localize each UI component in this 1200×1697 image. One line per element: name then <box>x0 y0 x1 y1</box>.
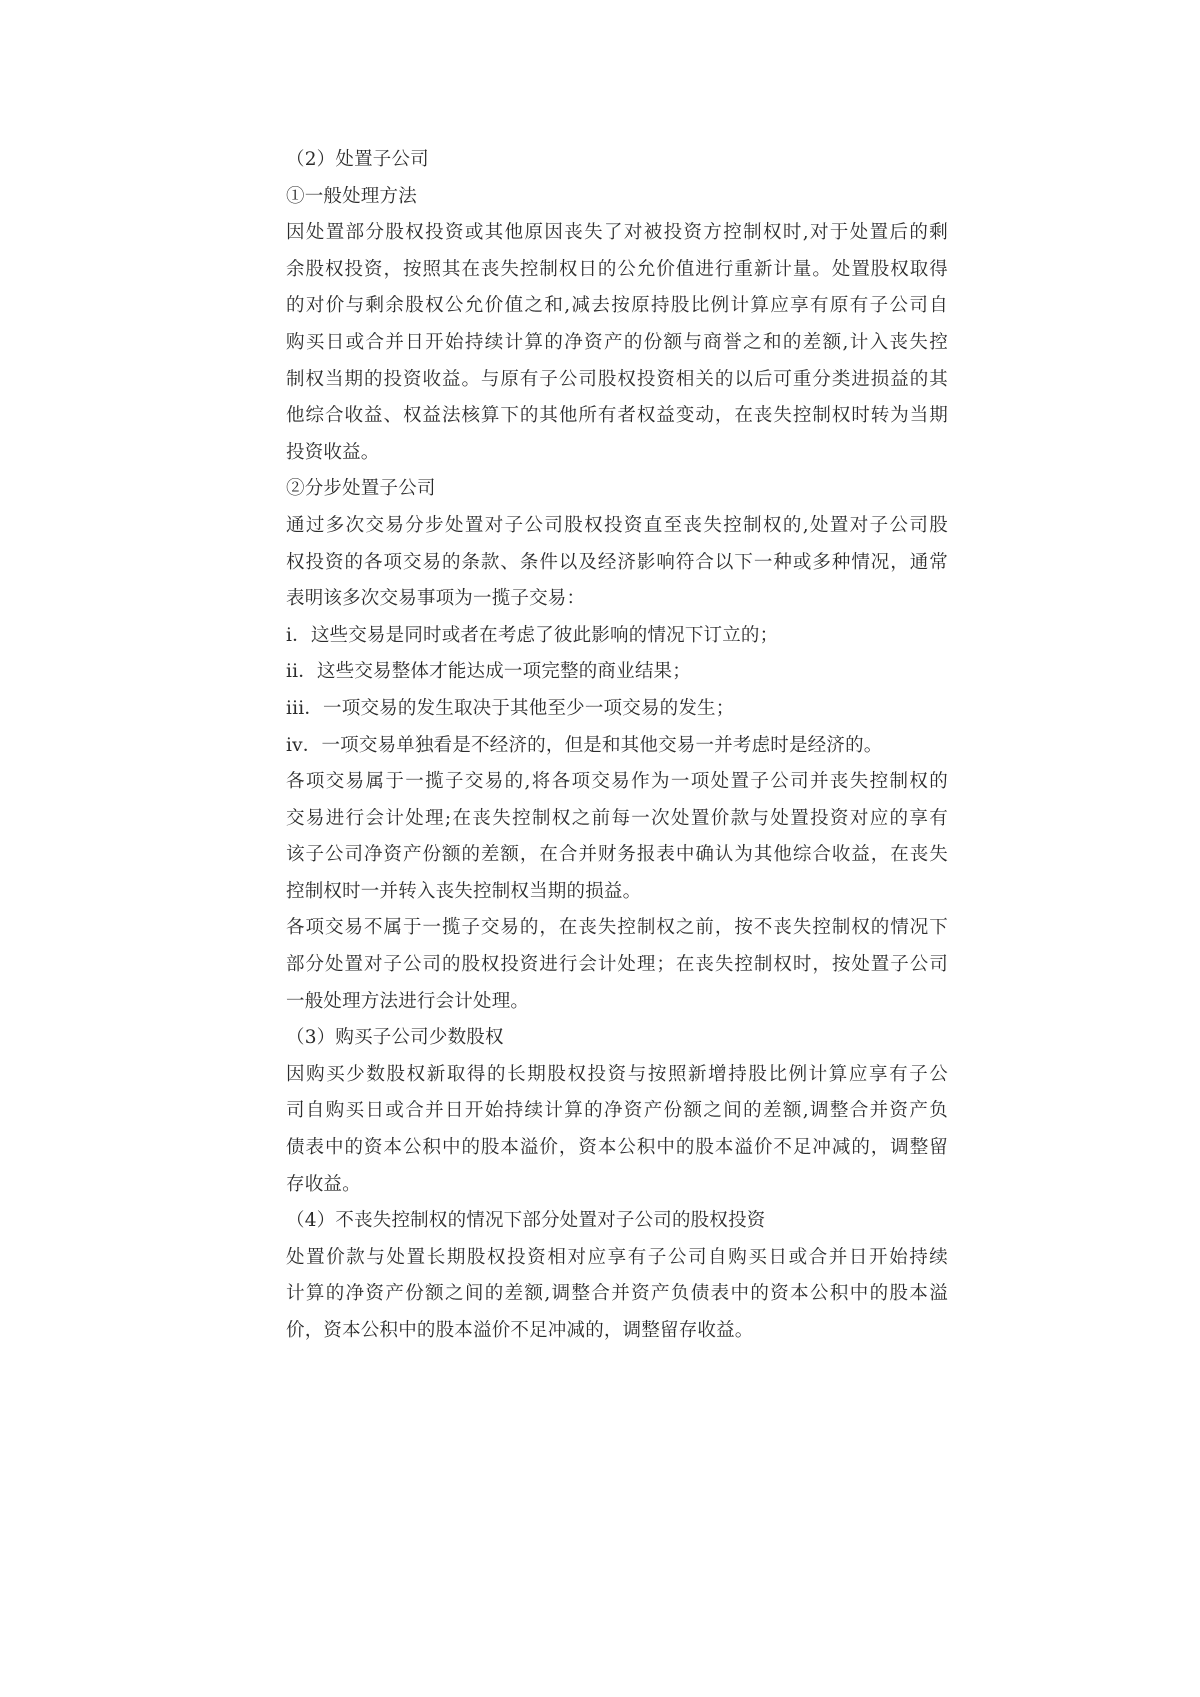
text-line: 存收益。 <box>286 1167 948 1204</box>
list-item: i．这些交易是同时或者在考虑了彼此影响的情况下订立的； <box>286 618 948 655</box>
text-line: 表明该多次交易事项为一揽子交易： <box>286 581 948 618</box>
text-line: 的对价与剩余股权公允价值之和,减去按原持股比例计算应享有原有子公司自 <box>286 288 948 325</box>
text-line: 该子公司净资产份额的差额，在合并财务报表中确认为其他综合收益，在丧失 <box>286 837 948 874</box>
subsection-heading-general-method: ①一般处理方法 <box>286 179 948 216</box>
section-heading-disposal-of-subsidiary: （2）处置子公司 <box>286 142 948 179</box>
document-body: （2）处置子公司 ①一般处理方法 因处置部分股权投资或其他原因丧失了对被投资方控… <box>286 142 948 1350</box>
text-line: 控制权时一并转入丧失控制权当期的损益。 <box>286 874 948 911</box>
text-line: 因购买少数股权新取得的长期股权投资与按照新增持股比例计算应享有子公 <box>286 1057 948 1094</box>
paragraph-stepwise-intro: 通过多次交易分步处置对子公司股权投资直至丧失控制权的,处置对子公司股 权投资的各… <box>286 508 948 618</box>
section-heading-minority-interest-purchase: （3）购买子公司少数股权 <box>286 1020 948 1057</box>
paragraph-partial-disposal: 处置价款与处置长期股权投资相对应享有子公司自购买日或合并日开始持续 计算的净资产… <box>286 1240 948 1350</box>
paragraph-general-method: 因处置部分股权投资或其他原因丧失了对被投资方控制权时,对于处置后的剩 余股权投资… <box>286 215 948 471</box>
text-line: 制权当期的投资收益。与原有子公司股权投资相关的以后可重分类进损益的其 <box>286 362 948 399</box>
text-line: 各项交易属于一揽子交易的,将各项交易作为一项处置子公司并丧失控制权的 <box>286 764 948 801</box>
text-line: 各项交易不属于一揽子交易的，在丧失控制权之前，按不丧失控制权的情况下 <box>286 910 948 947</box>
text-line: 权投资的各项交易的条款、条件以及经济影响符合以下一种或多种情况，通常 <box>286 545 948 582</box>
list-item: iii．一项交易的发生取决于其他至少一项交易的发生； <box>286 691 948 728</box>
paragraph-minority-interest: 因购买少数股权新取得的长期股权投资与按照新增持股比例计算应享有子公 司自购买日或… <box>286 1057 948 1203</box>
document-page: （2）处置子公司 ①一般处理方法 因处置部分股权投资或其他原因丧失了对被投资方控… <box>0 0 1200 1697</box>
subsection-heading-stepwise-disposal: ②分步处置子公司 <box>286 471 948 508</box>
paragraph-package-deal: 各项交易属于一揽子交易的,将各项交易作为一项处置子公司并丧失控制权的 交易进行会… <box>286 764 948 910</box>
text-line: 债表中的资本公积中的股本溢价，资本公积中的股本溢价不足冲减的，调整留 <box>286 1130 948 1167</box>
list-item: ii．这些交易整体才能达成一项完整的商业结果； <box>286 654 948 691</box>
text-line: 价，资本公积中的股本溢价不足冲减的，调整留存收益。 <box>286 1313 948 1350</box>
text-line: 因处置部分股权投资或其他原因丧失了对被投资方控制权时,对于处置后的剩 <box>286 215 948 252</box>
text-line: 一般处理方法进行会计处理。 <box>286 984 948 1021</box>
text-line: 通过多次交易分步处置对子公司股权投资直至丧失控制权的,处置对子公司股 <box>286 508 948 545</box>
text-line: 余股权投资，按照其在丧失控制权日的公允价值进行重新计量。处置股权取得 <box>286 252 948 289</box>
text-line: 投资收益。 <box>286 435 948 472</box>
text-line: 部分处置对子公司的股权投资进行会计处理；在丧失控制权时，按处置子公司 <box>286 947 948 984</box>
list-item: iv．一项交易单独看是不经济的，但是和其他交易一并考虑时是经济的。 <box>286 728 948 765</box>
section-heading-partial-disposal-without-loss-of-control: （4）不丧失控制权的情况下部分处置对子公司的股权投资 <box>286 1203 948 1240</box>
text-line: 处置价款与处置长期股权投资相对应享有子公司自购买日或合并日开始持续 <box>286 1240 948 1277</box>
paragraph-non-package-deal: 各项交易不属于一揽子交易的，在丧失控制权之前，按不丧失控制权的情况下 部分处置对… <box>286 910 948 1020</box>
text-line: 他综合收益、权益法核算下的其他所有者权益变动，在丧失控制权时转为当期 <box>286 398 948 435</box>
text-line: 司自购买日或合并日开始持续计算的净资产份额之间的差额,调整合并资产负 <box>286 1093 948 1130</box>
criteria-list: i．这些交易是同时或者在考虑了彼此影响的情况下订立的； ii．这些交易整体才能达… <box>286 618 948 764</box>
text-line: 购买日或合并日开始持续计算的净资产的份额与商誉之和的差额,计入丧失控 <box>286 325 948 362</box>
text-line: 交易进行会计处理;在丧失控制权之前每一次处置价款与处置投资对应的享有 <box>286 801 948 838</box>
text-line: 计算的净资产份额之间的差额,调整合并资产负债表中的资本公积中的股本溢 <box>286 1276 948 1313</box>
